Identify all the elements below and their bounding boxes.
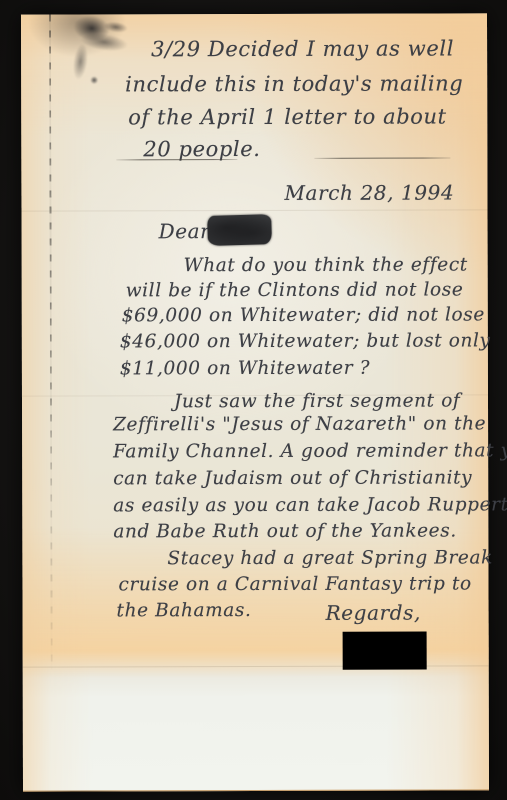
annotation-line: of the April 1 letter to about [128,106,447,128]
letter-page: 3/29 Decided I may as well include this … [21,13,489,791]
body-line: Family Channel. A good reminder that you [113,442,507,462]
body-line: as easily as you can take Jacob Ruppert [113,496,507,516]
body-line: $69,000 on Whitewater; did not lose [122,306,485,325]
scribbled-name-redaction [207,214,272,246]
annotation-line: include this in today's mailing [125,73,463,95]
body-line: can take Judaism out of Christianity [113,469,472,488]
body-line: Stacey had a great Spring Break [167,549,493,568]
photo-background: 3/29 Decided I may as well include this … [0,0,507,800]
salutation: Dear [159,221,211,241]
body-line: Just saw the first segment of [174,392,460,411]
closing: Regards, [326,603,421,623]
body-line: $11,000 on Whitewater ? [120,360,370,379]
annotation-line: 20 people. [143,139,260,160]
annotation-line: 3/29 Decided I may as well [151,38,454,60]
body-line: Zeffirelli's "Jesus of Nazareth" on the [113,415,486,434]
body-line: will be if the Clintons did not lose [126,281,464,300]
body-line: cruise on a Carnival Fantasy trip to [118,575,471,594]
body-line: $46,000 on Whitewater; but lost only [120,332,491,351]
body-line: the Bahamas. [117,602,252,621]
signature-redaction-box [343,632,427,670]
divider-line-right [314,157,450,158]
letter-date: March 28, 1994 [284,182,454,202]
body-line: and Babe Ruth out of the Yankees. [113,522,457,541]
body-line: What do you think the effect [184,256,468,275]
horizontal-fold-crease [21,209,487,211]
